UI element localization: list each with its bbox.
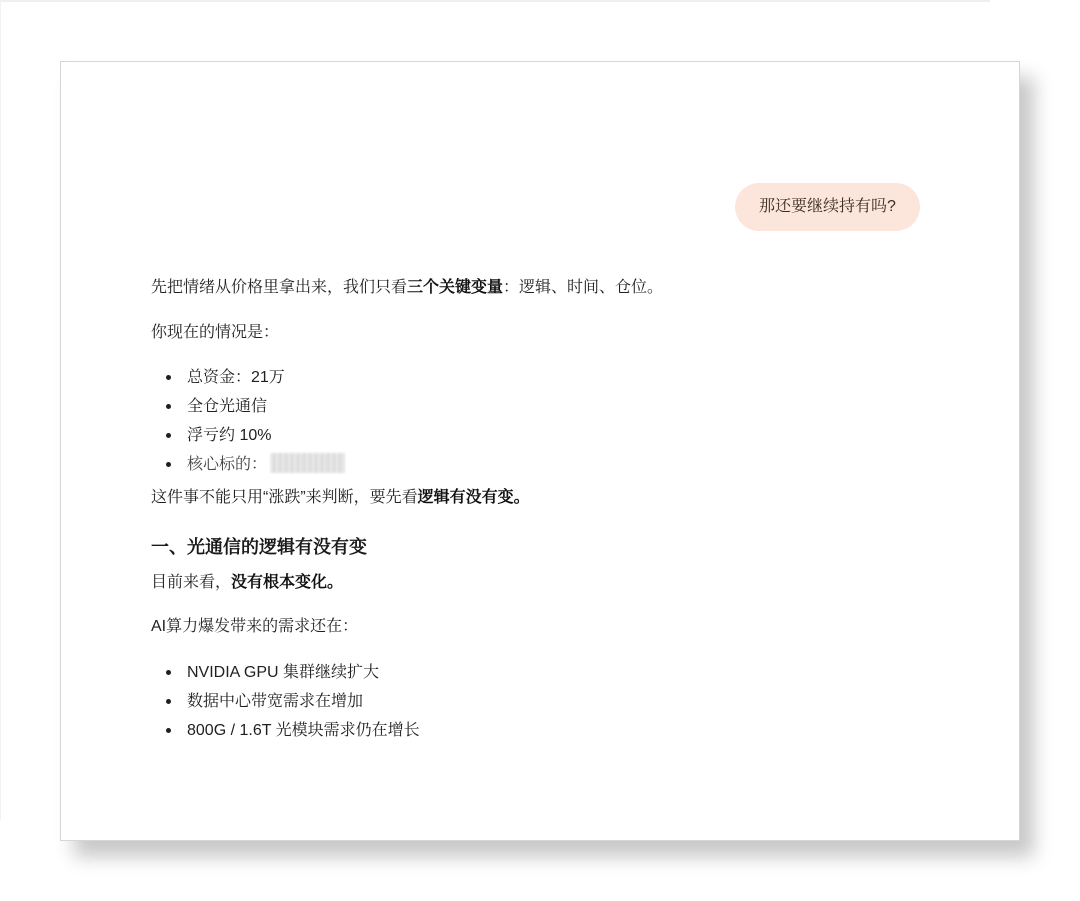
situation-label: 你现在的情况是： — [151, 321, 911, 345]
conclusion-paragraph: 目前来看，没有根本变化。 — [151, 571, 911, 595]
list-item: 核心标的： — [187, 450, 911, 479]
intro-text-tail: ：逻辑、时间、仓位。 — [503, 279, 663, 296]
user-message-bubble: 那还要继续持有吗? — [735, 183, 920, 231]
conclusion-text: 目前来看， — [151, 574, 231, 591]
list-item-text: 800G / 1.6T 光模块需求仍在增长 — [187, 722, 420, 739]
chat-card: 那还要继续持有吗? 先把情绪从价格里拿出来，我们只看三个关键变量：逻辑、时间、仓… — [60, 61, 1020, 841]
judge-text: 这件事不能只用“涨跌”来判断，要先看 — [151, 489, 418, 506]
demand-label: AI算力爆发带来的需求还在： — [151, 615, 911, 639]
list-item-text: NVIDIA GPU 集群继续扩大 — [187, 664, 379, 681]
list-item-text: 全仓光通信 — [187, 398, 267, 415]
intro-text: 先把情绪从价格里拿出来，我们只看 — [151, 279, 407, 296]
redacted-value — [271, 453, 345, 473]
list-item: 数据中心带宽需求在增加 — [187, 687, 911, 716]
list-item: 总资金：21万 — [187, 363, 911, 392]
list-item: 800G / 1.6T 光模块需求仍在增长 — [187, 716, 911, 745]
situation-list: 总资金：21万 全仓光通信 浮亏约 10% 核心标的： — [151, 363, 911, 479]
demand-list: NVIDIA GPU 集群继续扩大 数据中心带宽需求在增加 800G / 1.6… — [151, 658, 911, 745]
list-item-text: 核心标的： — [187, 456, 267, 473]
judge-emphasis: 逻辑有没有变。 — [418, 489, 530, 506]
list-item-text: 数据中心带宽需求在增加 — [187, 693, 363, 710]
assistant-reply: 先把情绪从价格里拿出来，我们只看三个关键变量：逻辑、时间、仓位。 你现在的情况是… — [151, 276, 911, 745]
left-divider — [0, 0, 1, 820]
list-item: NVIDIA GPU 集群继续扩大 — [187, 658, 911, 687]
list-item-text: 总资金：21万 — [187, 369, 285, 386]
top-divider — [0, 0, 990, 2]
intro-paragraph: 先把情绪从价格里拿出来，我们只看三个关键变量：逻辑、时间、仓位。 — [151, 276, 911, 300]
list-item: 浮亏约 10% — [187, 421, 911, 450]
conclusion-emphasis: 没有根本变化。 — [231, 574, 343, 591]
section-heading: 一、光通信的逻辑有没有变 — [151, 534, 911, 561]
list-item-text: 浮亏约 10% — [187, 427, 271, 444]
judge-paragraph: 这件事不能只用“涨跌”来判断，要先看逻辑有没有变。 — [151, 486, 911, 510]
list-item: 全仓光通信 — [187, 392, 911, 421]
user-message-text: 那还要继续持有吗? — [759, 198, 896, 215]
intro-emphasis: 三个关键变量 — [407, 279, 503, 296]
